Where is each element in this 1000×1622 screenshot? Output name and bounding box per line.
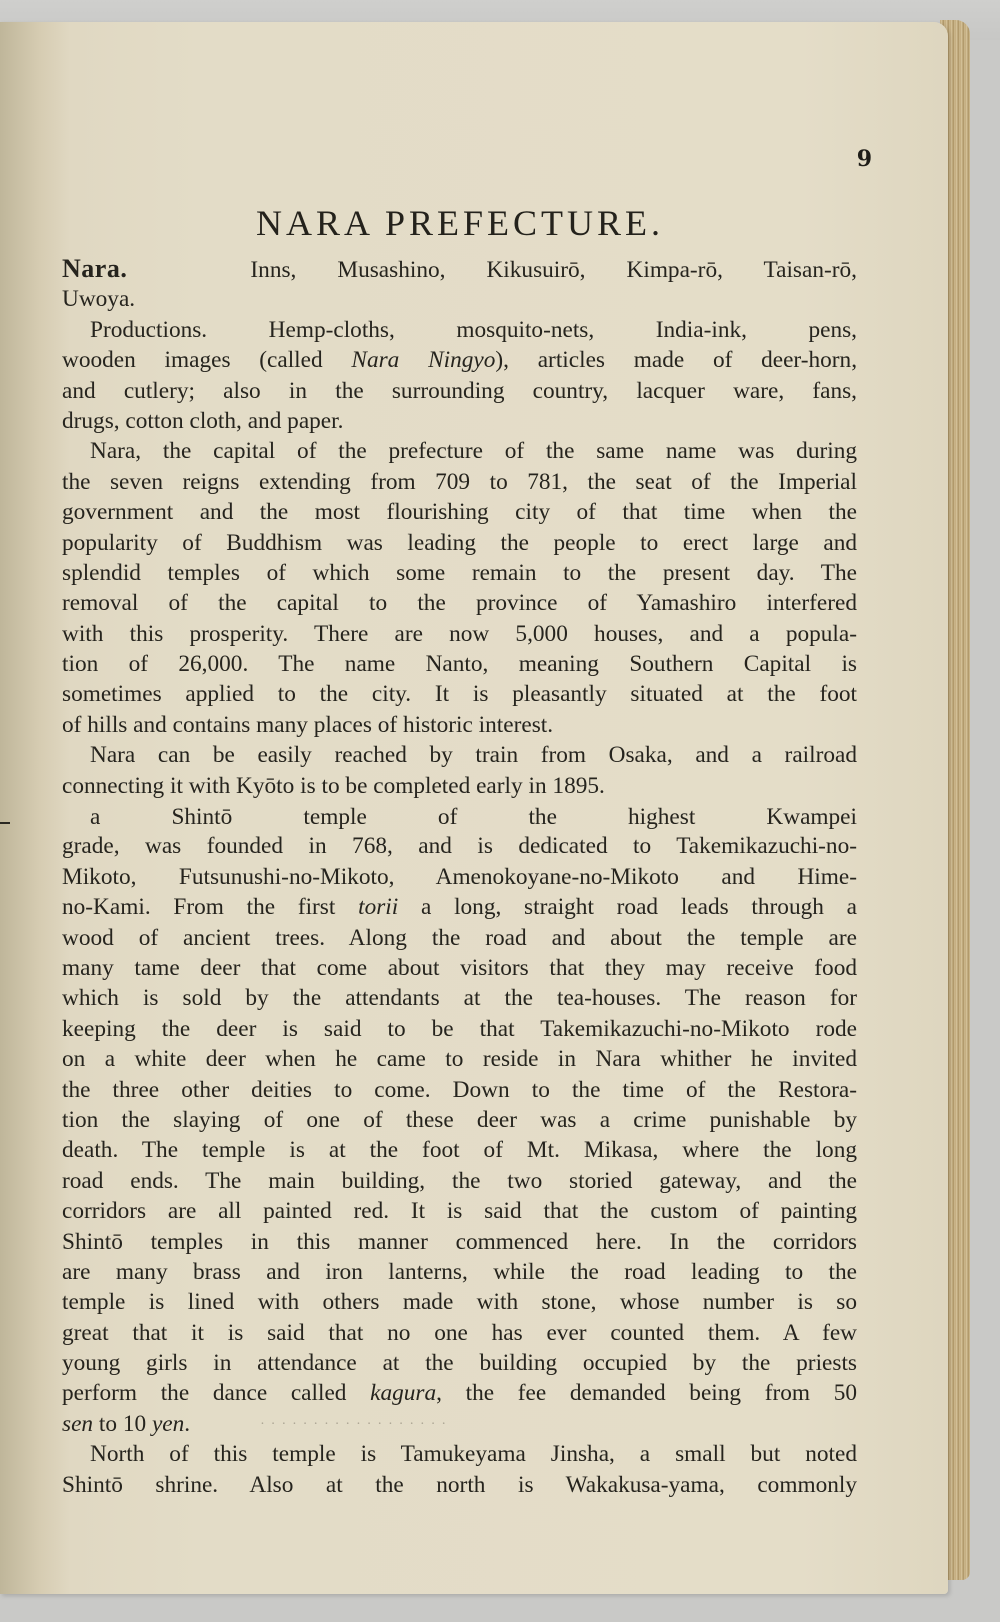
text-line: on a white deer when he came to reside i… — [62, 1044, 857, 1074]
text-line: Nara. Inns, Musashino, Kikusuirō, Kimpa-… — [62, 254, 857, 284]
text-line: are many brass and iron lanterns, while … — [62, 1257, 857, 1287]
text-line: temple is lined with others made with st… — [62, 1287, 857, 1317]
paragraph-kasuga-jinsha: a Shintō temple of the highest Kwampei — [62, 801, 857, 831]
page-number: 9 — [857, 146, 872, 172]
text-line: connecting it with Kyōto is to be comple… — [62, 771, 857, 801]
book-page: 9 NARA PREFECTURE. Nara. Inns, Musashino… — [0, 22, 948, 1594]
paragraph-productions: Productions. Hemp-cloths, mosquito-nets,… — [62, 315, 857, 345]
text-line: Shintō shrine. Also at the north is Waka… — [62, 1470, 857, 1500]
text-line: great that it is said that no one has ev… — [62, 1318, 857, 1348]
text-line: death. The temple is at the foot of Mt. … — [62, 1135, 857, 1165]
text-line: of hills and contains many places of his… — [62, 710, 857, 740]
text-line: Mikoto, Futsunushi-no-Mikoto, Amenokoyan… — [62, 862, 857, 892]
text-line: splendid temples of which some remain to… — [62, 558, 857, 588]
text-line: removal of the capital to the province o… — [62, 588, 857, 618]
text-line: young girls in attendance at the buildin… — [62, 1348, 857, 1378]
text-line: which is sold by the attendants at the t… — [62, 983, 857, 1013]
text-line: Uwoya. — [62, 284, 857, 314]
text-line: the seven reigns extending from 709 to 7… — [62, 467, 857, 497]
bleed-through-dots: ·················· — [260, 1410, 452, 1440]
text-line: wooden images (called Nara Ningyo), arti… — [62, 345, 857, 375]
text-line: tion the slaying of one of these deer wa… — [62, 1105, 857, 1135]
page-title: NARA PREFECTURE. — [0, 202, 920, 244]
text-line: grade, was founded in 768, and is dedica… — [62, 831, 857, 861]
text-line: corridors are all painted red. It is sai… — [62, 1196, 857, 1226]
text-line: tion of 26,000. The name Nanto, meaning … — [62, 649, 857, 679]
text-line: popularity of Buddhism was leading the p… — [62, 528, 857, 558]
body-text: Nara. Inns, Musashino, Kikusuirō, Kimpa-… — [62, 254, 857, 1500]
text-line: many tame deer that come about visitors … — [62, 953, 857, 983]
text-line: road ends. The main building, the two st… — [62, 1166, 857, 1196]
text-line: wood of ancient trees. Along the road an… — [62, 923, 857, 953]
section-heading-nara: Nara. — [62, 254, 127, 283]
text-line: the three other deities to come. Down to… — [62, 1075, 857, 1105]
margin-mark — [0, 822, 10, 824]
text-line: drugs, cotton cloth, and paper. — [62, 406, 857, 436]
text-line: with this prosperity. There are now 5,00… — [62, 619, 857, 649]
text-line: keeping the deer is said to be that Take… — [62, 1014, 857, 1044]
text-line: perform the dance called kagura, the fee… — [62, 1378, 857, 1408]
text-line: Shintō temples in this manner commenced … — [62, 1227, 857, 1257]
text-line: sometimes applied to the city. It is ple… — [62, 679, 857, 709]
text-line: and cutlery; also in the surrounding cou… — [62, 376, 857, 406]
paragraph-history: Nara, the capital of the prefecture of t… — [62, 436, 857, 466]
text-line: sen to 10 yen.·················· — [62, 1409, 857, 1439]
text-line: government and the most flourishing city… — [62, 497, 857, 527]
paragraph-access: Nara can be easily reached by train from… — [62, 740, 857, 770]
text-line: no-Kami. From the first torii a long, st… — [62, 892, 857, 922]
paragraph-tamukeyama: North of this temple is Tamukeyama Jinsh… — [62, 1439, 857, 1469]
